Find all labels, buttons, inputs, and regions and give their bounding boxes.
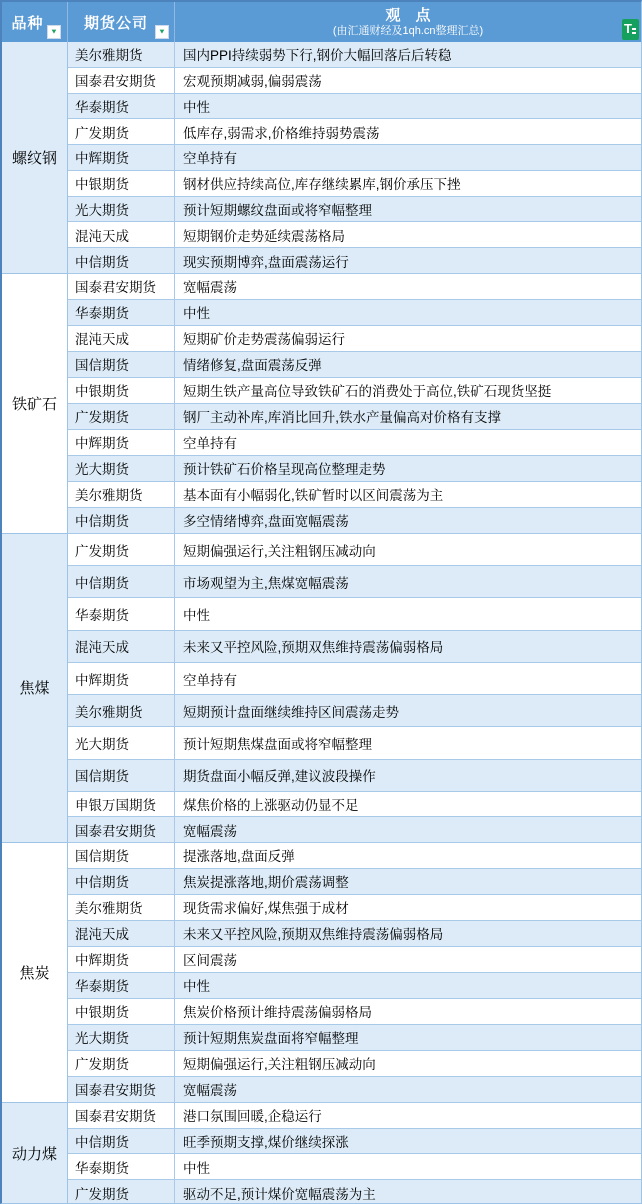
table-row: 广发期货钢厂主动补库,库消比回升,铁水产量偏高对价格有支撑 — [68, 404, 641, 430]
view-cell: 短期偏强运行,关注粗钢压减动向 — [175, 1051, 641, 1076]
view-cell: 预计短期螺纹盘面或将窄幅整理 — [175, 197, 641, 222]
view-cell: 钢材供应持续高位,库存继续累库,钢价承压下挫 — [175, 171, 641, 196]
company-cell: 国信期货 — [68, 352, 175, 377]
company-header-label: 期货公司 — [84, 12, 148, 33]
table-row: 广发期货短期偏强运行,关注粗钢压减动向 — [68, 534, 641, 566]
table-row: 中辉期货空单持有 — [68, 145, 641, 171]
view-cell: 中性 — [175, 1154, 641, 1179]
company-cell: 混沌天成 — [68, 222, 175, 247]
company-cell: 美尔雅期货 — [68, 895, 175, 920]
group-rows: 国信期货提涨落地,盘面反弹中信期货焦炭提涨落地,期价震荡调整美尔雅期货现货需求偏… — [68, 843, 641, 1103]
view-cell: 短期生铁产量高位导致铁矿石的消费处于高位,铁矿石现货坚挺 — [175, 378, 641, 403]
commodity-group: 螺纹钢美尔雅期货国内PPI持续弱势下行,钢价大幅回落后后转稳国泰君安期货宏观预期… — [2, 42, 641, 274]
table-row: 国泰君安期货宽幅震荡 — [68, 1077, 641, 1103]
table-row: 华泰期货中性 — [68, 1154, 641, 1180]
view-cell: 预计短期焦煤盘面或将窄幅整理 — [175, 727, 641, 758]
company-cell: 中信期货 — [68, 869, 175, 894]
view-cell: 现实预期博弈,盘面震荡运行 — [175, 248, 641, 273]
table-row: 混沌天成短期矿价走势震荡偏弱运行 — [68, 326, 641, 352]
company-cell: 中辉期货 — [68, 947, 175, 972]
table-row: 华泰期货中性 — [68, 598, 641, 630]
view-cell: 焦炭提涨落地,期价震荡调整 — [175, 869, 641, 894]
table-row: 混沌天成未来又平控风险,预期双焦维持震荡偏弱格局 — [68, 921, 641, 947]
company-cell: 华泰期货 — [68, 94, 175, 119]
view-cell: 煤焦价格的上涨驱动仍显不足 — [175, 792, 641, 817]
view-cell: 旺季预期支撑,煤价继续探涨 — [175, 1129, 641, 1154]
view-header-subtitle: (由汇通财经及1qh.cn整理汇总) — [333, 25, 483, 38]
view-cell: 港口氛围回暖,企稳运行 — [175, 1103, 641, 1128]
company-cell: 混沌天成 — [68, 326, 175, 351]
table-row: 广发期货驱动不足,预计煤价宽幅震荡为主 — [68, 1180, 641, 1204]
view-cell: 情绪修复,盘面震荡反弹 — [175, 352, 641, 377]
company-filter-dropdown-button[interactable]: ▼ — [155, 25, 169, 39]
table-row: 华泰期货中性 — [68, 973, 641, 999]
company-cell: 中银期货 — [68, 171, 175, 196]
view-cell: 区间震荡 — [175, 947, 641, 972]
company-cell: 美尔雅期货 — [68, 695, 175, 726]
company-cell: 国泰君安期货 — [68, 1103, 175, 1128]
table-row: 中辉期货空单持有 — [68, 430, 641, 456]
view-cell: 短期钢价走势延续震荡格局 — [175, 222, 641, 247]
filter-tool-glyph: T — [624, 22, 632, 35]
table-row: 国信期货期货盘面小幅反弹,建议波段操作 — [68, 760, 641, 792]
commodity-group: 焦炭国信期货提涨落地,盘面反弹中信期货焦炭提涨落地,期价震荡调整美尔雅期货现货需… — [2, 843, 641, 1103]
table-row: 光大期货预计短期焦炭盘面将窄幅整理 — [68, 1025, 641, 1051]
table-row: 国泰君安期货宽幅震荡 — [68, 274, 641, 300]
table-row: 光大期货预计短期焦煤盘面或将窄幅整理 — [68, 727, 641, 759]
company-cell: 中信期货 — [68, 248, 175, 273]
company-cell: 华泰期货 — [68, 973, 175, 998]
filter-tool-icon[interactable]: T — [622, 19, 639, 40]
view-cell: 基本面有小幅弱化,铁矿暂时以区间震荡为主 — [175, 482, 641, 507]
view-cell: 预计铁矿石价格呈现高位整理走势 — [175, 456, 641, 481]
view-cell: 宽幅震荡 — [175, 274, 641, 299]
view-cell: 短期预计盘面继续维持区间震荡走势 — [175, 695, 641, 726]
variety-header-label: 品种 — [11, 12, 43, 33]
company-cell: 广发期货 — [68, 119, 175, 144]
group-rows: 国泰君安期货宽幅震荡华泰期货中性混沌天成短期矿价走势震荡偏弱运行国信期货情绪修复… — [68, 274, 641, 534]
commodity-group: 动力煤国泰君安期货港口氛围回暖,企稳运行中信期货旺季预期支撑,煤价继续探涨华泰期… — [2, 1103, 641, 1204]
commodity-label: 铁矿石 — [2, 274, 68, 534]
commodity-group: 焦煤广发期货短期偏强运行,关注粗钢压减动向中信期货市场观望为主,焦煤宽幅震荡华泰… — [2, 534, 641, 843]
view-cell: 空单持有 — [175, 663, 641, 694]
company-cell: 中银期货 — [68, 999, 175, 1024]
table-row: 广发期货短期偏强运行,关注粗钢压减动向 — [68, 1051, 641, 1077]
view-cell: 国内PPI持续弱势下行,钢价大幅回落后后转稳 — [175, 42, 641, 67]
view-cell: 中性 — [175, 300, 641, 325]
company-cell: 广发期货 — [68, 1051, 175, 1076]
variety-filter-dropdown-button[interactable]: ▼ — [47, 25, 61, 39]
table-row: 混沌天成未来又平控风险,预期双焦维持震荡偏弱格局 — [68, 631, 641, 663]
header-view-cell: 观 点 (由汇通财经及1qh.cn整理汇总) T — [175, 2, 641, 42]
company-cell: 光大期货 — [68, 197, 175, 222]
view-cell: 宽幅震荡 — [175, 1077, 641, 1102]
table-row: 中信期货多空情绪博弈,盘面宽幅震荡 — [68, 508, 641, 534]
view-cell: 中性 — [175, 973, 641, 998]
table-row: 美尔雅期货短期预计盘面继续维持区间震荡走势 — [68, 695, 641, 727]
company-cell: 中信期货 — [68, 566, 175, 597]
table-row: 国泰君安期货宏观预期减弱,偏弱震荡 — [68, 68, 641, 94]
view-cell: 短期偏强运行,关注粗钢压减动向 — [175, 534, 641, 565]
commodity-label: 焦炭 — [2, 843, 68, 1103]
company-cell: 中辉期货 — [68, 663, 175, 694]
view-cell: 期货盘面小幅反弹,建议波段操作 — [175, 760, 641, 791]
company-cell: 国泰君安期货 — [68, 1077, 175, 1102]
table-row: 国信期货提涨落地,盘面反弹 — [68, 843, 641, 869]
table-row: 中辉期货空单持有 — [68, 663, 641, 695]
company-cell: 中信期货 — [68, 508, 175, 533]
company-cell: 广发期货 — [68, 1180, 175, 1204]
table-row: 美尔雅期货基本面有小幅弱化,铁矿暂时以区间震荡为主 — [68, 482, 641, 508]
table-row: 华泰期货中性 — [68, 300, 641, 326]
company-cell: 光大期货 — [68, 727, 175, 758]
company-cell: 混沌天成 — [68, 631, 175, 662]
filter-arrow-icon: ▼ — [158, 29, 166, 36]
filter-tool-bars — [632, 28, 636, 30]
table-row: 中信期货焦炭提涨落地,期价震荡调整 — [68, 869, 641, 895]
company-cell: 国信期货 — [68, 760, 175, 791]
view-cell: 未来又平控风险,预期双焦维持震荡偏弱格局 — [175, 921, 641, 946]
group-rows: 广发期货短期偏强运行,关注粗钢压减动向中信期货市场观望为主,焦煤宽幅震荡华泰期货… — [68, 534, 641, 843]
table-row: 美尔雅期货现货需求偏好,煤焦强于成材 — [68, 895, 641, 921]
view-cell: 空单持有 — [175, 430, 641, 455]
group-rows: 国泰君安期货港口氛围回暖,企稳运行中信期货旺季预期支撑,煤价继续探涨华泰期货中性… — [68, 1103, 641, 1204]
table-row: 国信期货情绪修复,盘面震荡反弹 — [68, 352, 641, 378]
view-header-title: 观 点 — [385, 7, 430, 24]
company-cell: 中信期货 — [68, 1129, 175, 1154]
table-row: 混沌天成短期钢价走势延续震荡格局 — [68, 222, 641, 248]
company-cell: 国信期货 — [68, 843, 175, 868]
company-cell: 中辉期货 — [68, 145, 175, 170]
header-variety-cell: 品种 ▼ — [2, 2, 68, 42]
company-cell: 中辉期货 — [68, 430, 175, 455]
company-cell: 华泰期货 — [68, 598, 175, 629]
company-cell: 中银期货 — [68, 378, 175, 403]
company-cell: 光大期货 — [68, 1025, 175, 1050]
view-cell: 钢厂主动补库,库消比回升,铁水产量偏高对价格有支撑 — [175, 404, 641, 429]
view-cell: 短期矿价走势震荡偏弱运行 — [175, 326, 641, 351]
futures-opinions-table: 品种 ▼ 期货公司 ▼ 观 点 (由汇通财经及1qh.cn整理汇总) T 螺纹钢… — [0, 0, 642, 1204]
table-row: 申银万国期货煤焦价格的上涨驱动仍显不足 — [68, 792, 641, 818]
view-cell: 焦炭价格预计维持震荡偏弱格局 — [175, 999, 641, 1024]
company-cell: 华泰期货 — [68, 300, 175, 325]
company-cell: 混沌天成 — [68, 921, 175, 946]
table-row: 中银期货短期生铁产量高位导致铁矿石的消费处于高位,铁矿石现货坚挺 — [68, 378, 641, 404]
table-row: 国泰君安期货宽幅震荡 — [68, 817, 641, 843]
view-cell: 未来又平控风险,预期双焦维持震荡偏弱格局 — [175, 631, 641, 662]
commodity-label: 动力煤 — [2, 1103, 68, 1204]
table-row: 中信期货市场观望为主,焦煤宽幅震荡 — [68, 566, 641, 598]
table-row: 国泰君安期货港口氛围回暖,企稳运行 — [68, 1103, 641, 1129]
table-row: 中银期货焦炭价格预计维持震荡偏弱格局 — [68, 999, 641, 1025]
commodity-label: 焦煤 — [2, 534, 68, 843]
commodity-label: 螺纹钢 — [2, 42, 68, 274]
company-cell: 美尔雅期货 — [68, 482, 175, 507]
table-row: 光大期货预计铁矿石价格呈现高位整理走势 — [68, 456, 641, 482]
company-cell: 广发期货 — [68, 404, 175, 429]
table-header: 品种 ▼ 期货公司 ▼ 观 点 (由汇通财经及1qh.cn整理汇总) T — [2, 2, 641, 42]
company-cell: 广发期货 — [68, 534, 175, 565]
table-row: 广发期货低库存,弱需求,价格维持弱势震荡 — [68, 119, 641, 145]
view-cell: 现货需求偏好,煤焦强于成材 — [175, 895, 641, 920]
filter-arrow-icon: ▼ — [50, 29, 58, 36]
company-cell: 国泰君安期货 — [68, 817, 175, 842]
company-cell: 华泰期货 — [68, 1154, 175, 1179]
view-cell: 低库存,弱需求,价格维持弱势震荡 — [175, 119, 641, 144]
table-row: 中信期货现实预期博弈,盘面震荡运行 — [68, 248, 641, 274]
table-row: 中信期货旺季预期支撑,煤价继续探涨 — [68, 1129, 641, 1155]
company-cell: 光大期货 — [68, 456, 175, 481]
table-row: 美尔雅期货国内PPI持续弱势下行,钢价大幅回落后后转稳 — [68, 42, 641, 68]
table-row: 中辉期货区间震荡 — [68, 947, 641, 973]
view-cell: 市场观望为主,焦煤宽幅震荡 — [175, 566, 641, 597]
view-cell: 提涨落地,盘面反弹 — [175, 843, 641, 868]
table-body: 螺纹钢美尔雅期货国内PPI持续弱势下行,钢价大幅回落后后转稳国泰君安期货宏观预期… — [2, 42, 641, 1204]
view-cell: 预计短期焦炭盘面将窄幅整理 — [175, 1025, 641, 1050]
view-cell: 宽幅震荡 — [175, 817, 641, 842]
table-row: 华泰期货中性 — [68, 94, 641, 120]
company-cell: 申银万国期货 — [68, 792, 175, 817]
view-cell: 空单持有 — [175, 145, 641, 170]
company-cell: 国泰君安期货 — [68, 68, 175, 93]
view-cell: 宏观预期减弱,偏弱震荡 — [175, 68, 641, 93]
view-cell: 驱动不足,预计煤价宽幅震荡为主 — [175, 1180, 641, 1204]
company-cell: 国泰君安期货 — [68, 274, 175, 299]
view-cell: 中性 — [175, 598, 641, 629]
view-cell: 中性 — [175, 94, 641, 119]
commodity-group: 铁矿石国泰君安期货宽幅震荡华泰期货中性混沌天成短期矿价走势震荡偏弱运行国信期货情… — [2, 274, 641, 534]
table-row: 中银期货钢材供应持续高位,库存继续累库,钢价承压下挫 — [68, 171, 641, 197]
company-cell: 美尔雅期货 — [68, 42, 175, 67]
table-row: 光大期货预计短期螺纹盘面或将窄幅整理 — [68, 197, 641, 223]
view-cell: 多空情绪博弈,盘面宽幅震荡 — [175, 508, 641, 533]
header-company-cell: 期货公司 ▼ — [68, 2, 175, 42]
group-rows: 美尔雅期货国内PPI持续弱势下行,钢价大幅回落后后转稳国泰君安期货宏观预期减弱,… — [68, 42, 641, 274]
